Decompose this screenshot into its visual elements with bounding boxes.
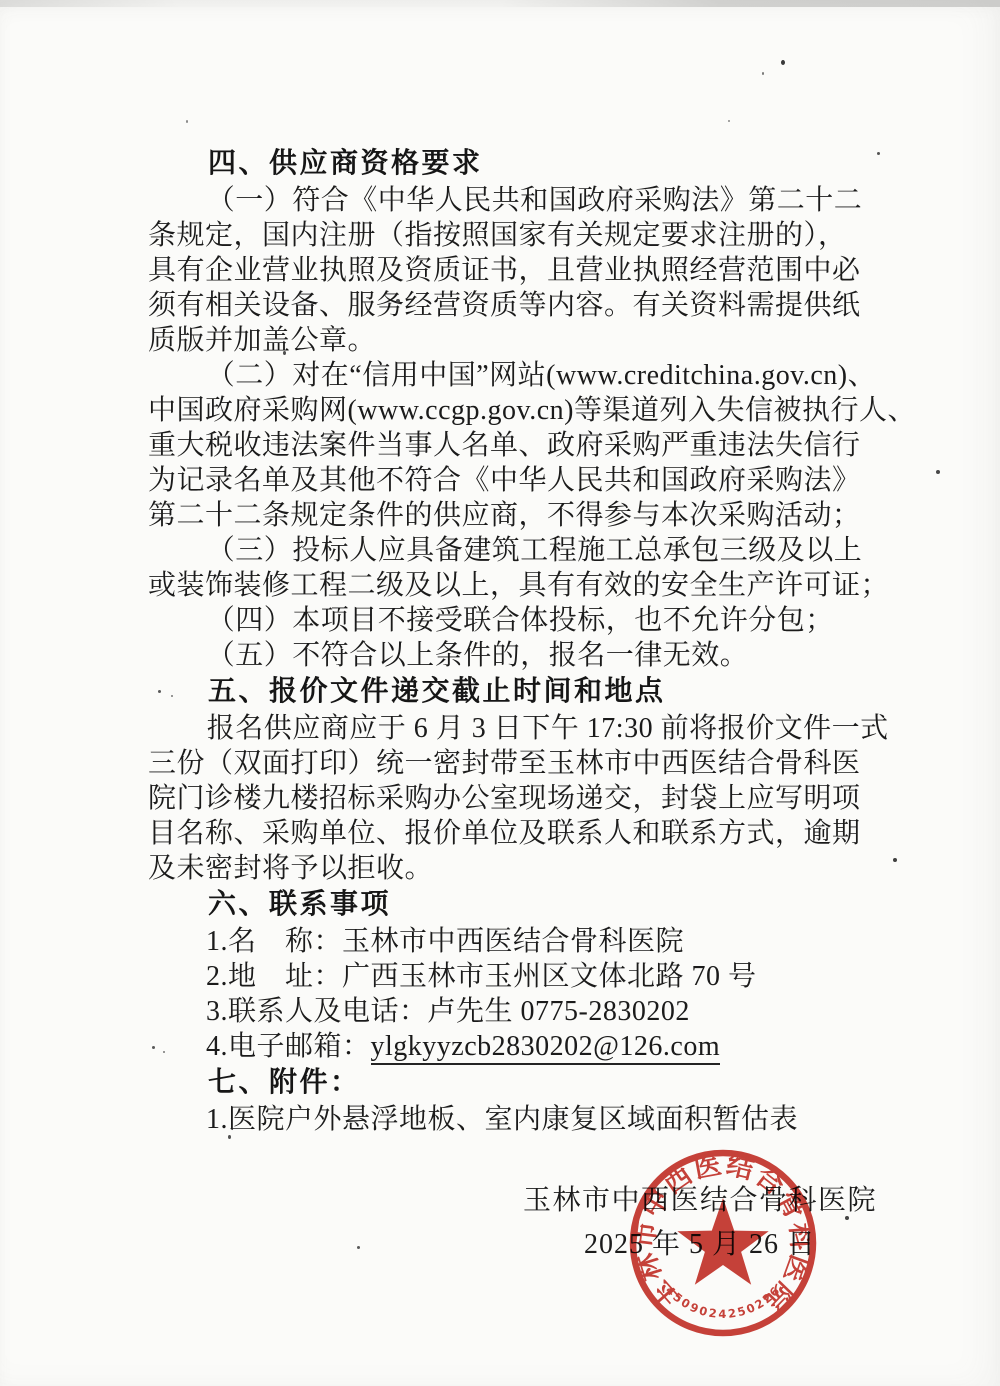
- scan-speckle: [158, 690, 161, 693]
- contact-address-line: 2.地 址：广西玉林市玉州区文体北路 70 号: [206, 959, 953, 994]
- contact-email-address: ylgkyyzcb2830202@126.com: [371, 1031, 721, 1065]
- scan-speckle: [171, 695, 173, 697]
- attachment-item: 1.医院户外悬浮地板、室内康复区域面积暂估表: [206, 1102, 953, 1137]
- scan-speckle: [152, 1046, 155, 1049]
- scan-speckle: [357, 1246, 360, 1249]
- scan-edge-shadow: [0, 0, 1000, 7]
- clause-1: （一）符合《中华人民共和国政府采购法》第二十二 条规定，国内注册（指按照国家有关…: [148, 183, 953, 358]
- official-seal: 玉林市中西医结合骨科医院 4509024250226: [626, 1146, 820, 1340]
- document-body: 四、供应商资格要求 （一）符合《中华人民共和国政府采购法》第二十二 条规定，国内…: [148, 145, 953, 1137]
- contact-name-line: 1.名 称：玉林市中西医结合骨科医院: [206, 924, 953, 959]
- section-heading-supplier-requirements: 四、供应商资格要求: [208, 145, 953, 180]
- scan-speckle: [396, 299, 400, 303]
- contact-phone-line: 3.联系人及电话：卢先生 0775-2830202: [206, 994, 953, 1029]
- clause-2: （二）对在“信用中国”网站(www.creditchina.gov.cn)、 中…: [148, 358, 953, 533]
- scan-speckle: [781, 60, 785, 65]
- scan-speckle: [728, 120, 730, 122]
- scan-speckle: [936, 470, 940, 474]
- clause-4: （四）本项目不接受联合体投标，也不允许分包；: [148, 603, 953, 638]
- section-heading-deadline: 五、报价文件递交截止时间和地点: [208, 673, 953, 708]
- contact-email-line: 4.电子邮箱：ylgkyyzcb2830202@126.com: [206, 1029, 953, 1064]
- section-heading-contact: 六、联系事项: [208, 886, 953, 921]
- scan-speckle: [186, 120, 188, 123]
- scan-speckle: [163, 1051, 165, 1053]
- contact-email-label: 4.电子邮箱：: [206, 1031, 371, 1062]
- section-heading-attachments: 七、附件：: [208, 1064, 953, 1099]
- scan-speckle: [283, 351, 286, 355]
- seal-star-icon: [677, 1198, 768, 1285]
- scan-speckle: [762, 72, 764, 75]
- deadline-paragraph: 报名供应商应于 6 月 3 日下午 17:30 前将报价文件一式 三份（双面打印…: [148, 711, 953, 886]
- clause-5: （五）不符合以上条件的，报名一律无效。: [148, 638, 953, 673]
- document-page: 四、供应商资格要求 （一）符合《中华人民共和国政府采购法》第二十二 条规定，国内…: [0, 0, 1000, 1386]
- scan-speckle: [845, 1216, 849, 1220]
- clause-3: （三）投标人应具备建筑工程施工总承包三级及以上 或装饰装修工程二级及以上，具有有…: [148, 533, 953, 603]
- scan-speckle: [228, 1135, 231, 1139]
- scan-speckle: [877, 152, 880, 155]
- seal-code-text: 4509024250226: [663, 1283, 784, 1321]
- scan-speckle: [893, 858, 897, 862]
